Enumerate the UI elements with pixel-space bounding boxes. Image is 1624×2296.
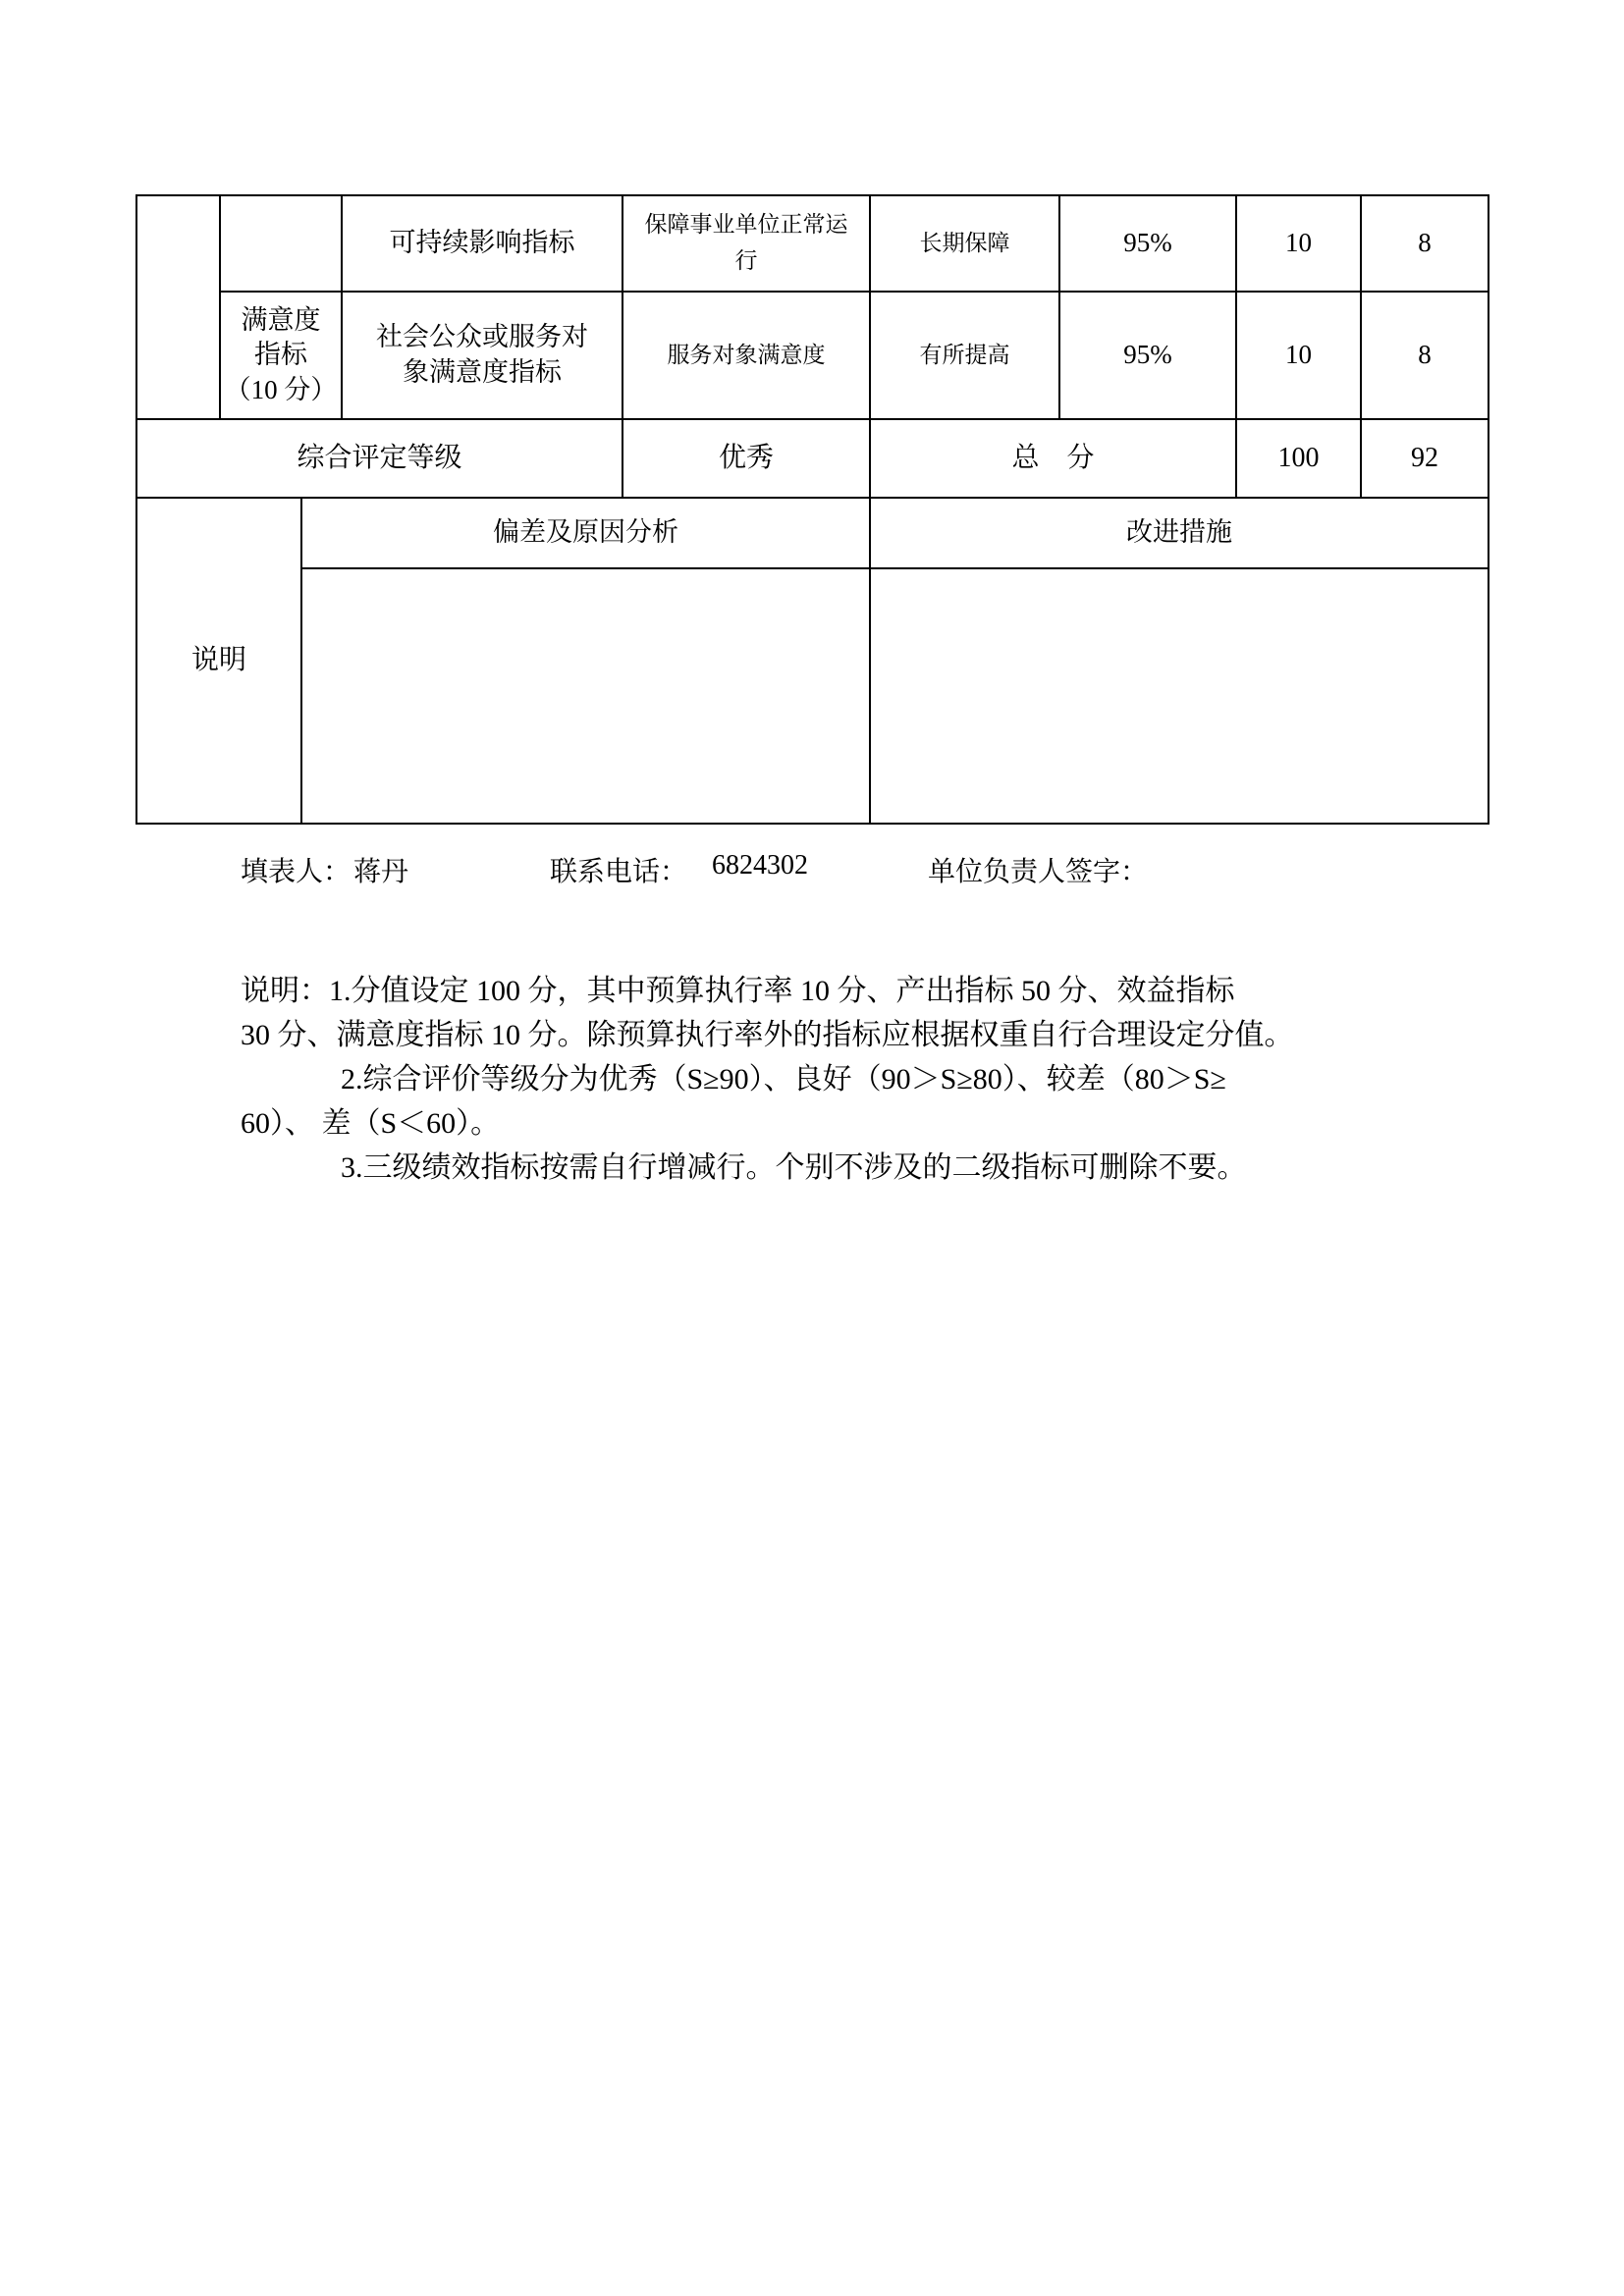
improvement-measures-content-cell xyxy=(871,569,1488,823)
remark-line-2: 30 分、满意度指标 10 分。除预算执行率外的指标应根据权重自行合理设定分值。 xyxy=(241,1014,1294,1057)
improvement-measures-header-cell: 改进措施 xyxy=(871,499,1488,569)
sustain-full-score-cell: 10 xyxy=(1237,196,1362,293)
total-score-cell: 92 xyxy=(1362,420,1488,499)
sustain-score-cell: 8 xyxy=(1362,196,1488,293)
notes-label-cell: 说明 xyxy=(137,499,302,823)
level2-empty-cell xyxy=(221,196,343,293)
remark-line-4: 60）、 差（S＜60）。 xyxy=(241,1102,500,1146)
sustain-target-cell: 长期保障 xyxy=(871,196,1060,293)
satisfaction-score-cell: 8 xyxy=(1362,293,1488,420)
sustain-rate-cell: 95% xyxy=(1060,196,1237,293)
satisfaction-indicator-cell: 社会公众或服务对 象满意度指标 xyxy=(343,293,623,420)
sustain-indicator-cell: 可持续影响指标 xyxy=(343,196,623,293)
category-empty-cell xyxy=(137,196,221,420)
satisfaction-rate-cell: 95% xyxy=(1060,293,1237,420)
filler-name: 蒋丹 xyxy=(353,850,408,889)
phone-number: 6824302 xyxy=(712,850,808,881)
document-page: 可持续影响指标 保障事业单位正常运 行 长期保障 95% 10 8 满意度 指标… xyxy=(0,0,1624,2296)
satisfaction-detail-cell: 服务对象满意度 xyxy=(623,293,871,420)
overall-grade-value-cell: 优秀 xyxy=(623,420,871,499)
remark-line-5: 3.三级绩效指标按需自行增减行。个别不涉及的二级指标可删除不要。 xyxy=(341,1147,1247,1190)
total-full-score-cell: 100 xyxy=(1237,420,1362,499)
deviation-analysis-content-cell xyxy=(302,569,871,823)
signature-label: 单位负责人签字： xyxy=(928,850,1148,889)
phone-label: 联系电话： xyxy=(550,850,687,889)
sustain-detail-cell: 保障事业单位正常运 行 xyxy=(623,196,871,293)
performance-indicator-table: 可持续影响指标 保障事业单位正常运 行 长期保障 95% 10 8 满意度 指标… xyxy=(135,194,1489,825)
total-score-label-cell: 总 分 xyxy=(871,420,1237,499)
satisfaction-level2-cell: 满意度 指标 （10 分） xyxy=(221,293,343,420)
satisfaction-full-score-cell: 10 xyxy=(1237,293,1362,420)
filler-label: 填表人： xyxy=(241,850,351,889)
satisfaction-target-cell: 有所提高 xyxy=(871,293,1060,420)
overall-grade-label-cell: 综合评定等级 xyxy=(137,420,623,499)
remark-line-3: 2.综合评价等级分为优秀（S≥90）、良好（90＞S≥80）、较差（80＞S≥ xyxy=(341,1058,1226,1101)
deviation-analysis-header-cell: 偏差及原因分析 xyxy=(302,499,871,569)
remark-line-1: 说明：1.分值设定 100 分，其中预算执行率 10 分、产出指标 50 分、效… xyxy=(241,970,1235,1013)
form-footer-line: 填表人： 蒋丹 联系电话： 6824302 单位负责人签字： xyxy=(0,850,1624,885)
